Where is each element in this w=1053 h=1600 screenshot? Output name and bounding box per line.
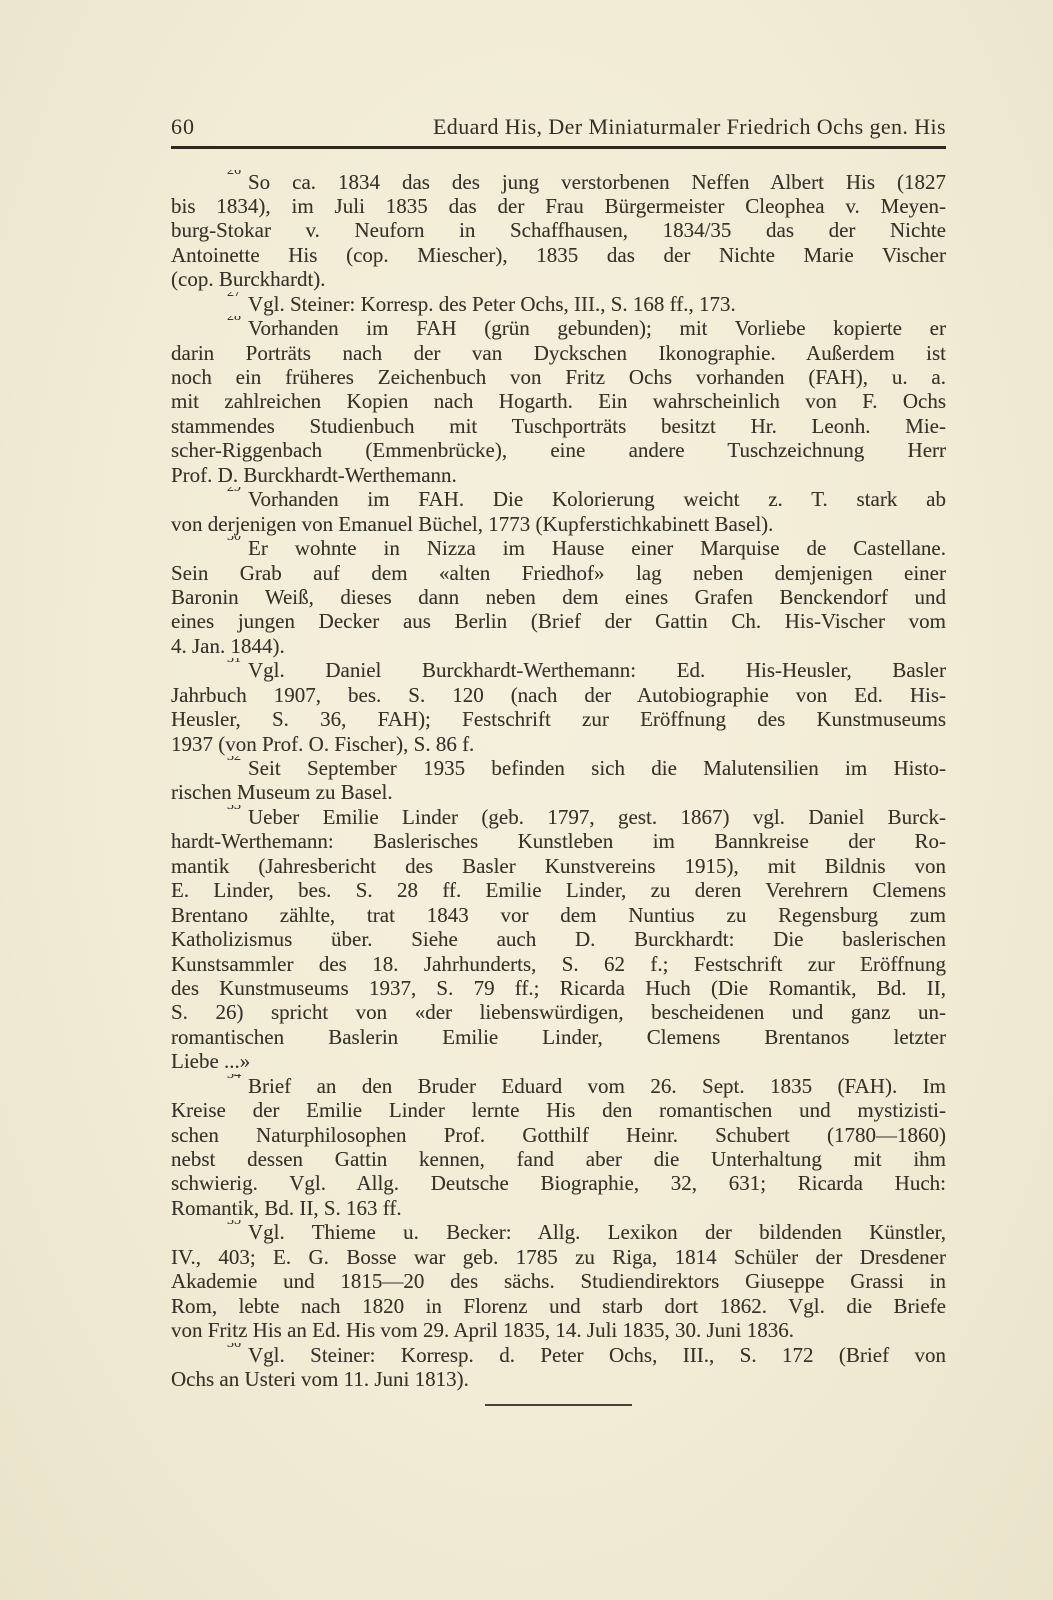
footnote-number: 32 bbox=[227, 756, 241, 764]
footnote-number: 27 bbox=[227, 292, 241, 300]
footnote-line: 27Vgl. Steiner: Korresp. des Peter Ochs,… bbox=[171, 292, 946, 316]
footnote-text: Seit September 1935 befinden sich die Ma… bbox=[248, 756, 946, 780]
footnote-line: 34Brief an den Bruder Eduard vom 26. Sep… bbox=[171, 1074, 946, 1098]
footnote-line: burg-Stokar v. Neuforn in Schaffhausen, … bbox=[171, 218, 946, 242]
footnote-text: Er wohnte in Nizza im Hause einer Marqui… bbox=[248, 536, 946, 560]
footnote-text: Vorhanden im FAH (grün gebunden); mit Vo… bbox=[248, 316, 946, 340]
footnote-line: Kreise der Emilie Linder lernte His den … bbox=[171, 1098, 946, 1122]
footnote-line: 36Vgl. Steiner: Korresp. d. Peter Ochs, … bbox=[171, 1343, 946, 1367]
footnote-line: Kunstsammler des 18. Jahrhunderts, S. 62… bbox=[171, 952, 946, 976]
footnote-line: Romantik, Bd. II, S. 163 ff. bbox=[171, 1196, 946, 1220]
footnote-text: Vgl. Steiner: Korresp. des Peter Ochs, I… bbox=[248, 292, 736, 316]
footnote-line: mantik (Jahresbericht des Basler Kunstve… bbox=[171, 854, 946, 878]
footnote-line: 33Ueber Emilie Linder (geb. 1797, gest. … bbox=[171, 805, 946, 829]
footnote: 26So ca. 1834 das des jung verstorbenen … bbox=[171, 170, 946, 292]
footnote-number: 30 bbox=[227, 536, 241, 544]
footnote-line: 30Er wohnte in Nizza im Hause einer Marq… bbox=[171, 536, 946, 560]
footnote-line: hardt-Werthemann: Baslerisches Kunstlebe… bbox=[171, 829, 946, 853]
footnote-line: Baronin Weiß, dieses dann neben dem eine… bbox=[171, 585, 946, 609]
footnote: 27Vgl. Steiner: Korresp. des Peter Ochs,… bbox=[171, 292, 946, 316]
footnote: 33Ueber Emilie Linder (geb. 1797, gest. … bbox=[171, 805, 946, 1074]
footnote-text: Ueber Emilie Linder (geb. 1797, gest. 18… bbox=[248, 805, 946, 829]
footnote-line: (cop. Burckhardt). bbox=[171, 267, 946, 291]
footnote: 31Vgl. Daniel Burckhardt-Werthemann: Ed.… bbox=[171, 658, 946, 756]
running-title: Eduard His, Der Miniaturmaler Friedrich … bbox=[433, 114, 946, 140]
footnote-line: Jahrbuch 1907, bes. S. 120 (nach der Aut… bbox=[171, 683, 946, 707]
footnote: 36Vgl. Steiner: Korresp. d. Peter Ochs, … bbox=[171, 1343, 946, 1392]
footnote-line: 31Vgl. Daniel Burckhardt-Werthemann: Ed.… bbox=[171, 658, 946, 682]
footnote-text: Vgl. Thieme u. Becker: Allg. Lexikon der… bbox=[248, 1220, 946, 1244]
footnote-line: Liebe ...» bbox=[171, 1049, 946, 1073]
footnote-text: Vgl. Steiner: Korresp. d. Peter Ochs, II… bbox=[248, 1343, 946, 1367]
footnote-line: E. Linder, bes. S. 28 ff. Emilie Linder,… bbox=[171, 878, 946, 902]
scanned-book-page: { "page": { "number": "60", "running_tit… bbox=[0, 0, 1053, 1600]
footnote: 30Er wohnte in Nizza im Hause einer Marq… bbox=[171, 536, 946, 658]
footnote: 34Brief an den Bruder Eduard vom 26. Sep… bbox=[171, 1074, 946, 1221]
page-header: 60 Eduard His, Der Miniaturmaler Friedri… bbox=[171, 0, 946, 140]
footnote-line: nebst dessen Gattin kennen, fand aber di… bbox=[171, 1147, 946, 1171]
footnote-line: noch ein früheres Zeichenbuch von Fritz … bbox=[171, 365, 946, 389]
footnote-line: 32Seit September 1935 befinden sich die … bbox=[171, 756, 946, 780]
footnote: 28Vorhanden im FAH (grün gebunden); mit … bbox=[171, 316, 946, 487]
footnote-line: stammendes Studienbuch mit Tuschporträts… bbox=[171, 414, 946, 438]
footnote-line: 1937 (von Prof. O. Fischer), S. 86 f. bbox=[171, 732, 946, 756]
footnote-number: 34 bbox=[227, 1074, 241, 1082]
footnote-line: scher-Riggenbach (Emmenbrücke), eine and… bbox=[171, 438, 946, 462]
footnote-line: Prof. D. Burckhardt-Werthemann. bbox=[171, 463, 946, 487]
footnote-number: 35 bbox=[227, 1220, 241, 1228]
footnote-text: Vgl. Daniel Burckhardt-Werthemann: Ed. H… bbox=[248, 658, 946, 682]
footnote-number: 36 bbox=[227, 1343, 241, 1351]
footnote-number: 26 bbox=[227, 170, 241, 178]
footnote-number: 29 bbox=[227, 487, 241, 495]
footnote-line: mit zahlreichen Kopien nach Hogarth. Ein… bbox=[171, 389, 946, 413]
footnote-line: des Kunstmuseums 1937, S. 79 ff.; Ricard… bbox=[171, 976, 946, 1000]
footnote: 35Vgl. Thieme u. Becker: Allg. Lexikon d… bbox=[171, 1220, 946, 1342]
footnote-number: 31 bbox=[227, 658, 241, 666]
footnote-text: Vorhanden im FAH. Die Kolorierung weicht… bbox=[248, 487, 946, 511]
footnote-line: 29Vorhanden im FAH. Die Kolorierung weic… bbox=[171, 487, 946, 511]
footnote-line: Ochs an Usteri vom 11. Juni 1813). bbox=[171, 1367, 946, 1391]
footnote-line: von Fritz His an Ed. His vom 29. April 1… bbox=[171, 1318, 946, 1342]
footnote-line: Sein Grab auf dem «alten Friedhof» lag n… bbox=[171, 561, 946, 585]
footnote-end-divider-rule bbox=[485, 1404, 632, 1406]
header-rule bbox=[171, 146, 946, 149]
footnote-line: Antoinette His (cop. Miescher), 1835 das… bbox=[171, 243, 946, 267]
footnote-line: Heusler, S. 36, FAH); Festschrift zur Er… bbox=[171, 707, 946, 731]
footnote: 32Seit September 1935 befinden sich die … bbox=[171, 756, 946, 805]
footnote-line: 28Vorhanden im FAH (grün gebunden); mit … bbox=[171, 316, 946, 340]
footnote-line: darin Porträts nach der van Dyckschen Ik… bbox=[171, 341, 946, 365]
footnote-line: Rom, lebte nach 1820 in Florenz und star… bbox=[171, 1294, 946, 1318]
footnote-line: Brentano zählte, trat 1843 vor dem Nunti… bbox=[171, 903, 946, 927]
page-number: 60 bbox=[171, 114, 195, 140]
footnote-line: schen Naturphilosophen Prof. Gotthilf He… bbox=[171, 1123, 946, 1147]
page-content: 60 Eduard His, Der Miniaturmaler Friedri… bbox=[171, 0, 946, 1406]
footnote: 29Vorhanden im FAH. Die Kolorierung weic… bbox=[171, 487, 946, 536]
footnote-number: 33 bbox=[227, 805, 241, 813]
footnote-line: Akademie und 1815—20 des sächs. Studiend… bbox=[171, 1269, 946, 1293]
footnote-line: romantischen Baslerin Emilie Linder, Cle… bbox=[171, 1025, 946, 1049]
footnote-line: Katholizismus über. Siehe auch D. Burckh… bbox=[171, 927, 946, 951]
footnote-line: IV., 403; E. G. Bosse war geb. 1785 zu R… bbox=[171, 1245, 946, 1269]
footnote-text: So ca. 1834 das des jung verstorbenen Ne… bbox=[248, 170, 946, 194]
footnote-line: 35Vgl. Thieme u. Becker: Allg. Lexikon d… bbox=[171, 1220, 946, 1244]
footnote-line: S. 26) spricht von «der liebenswürdigen,… bbox=[171, 1000, 946, 1024]
footnote-line: 4. Jan. 1844). bbox=[171, 634, 946, 658]
footnote-number: 28 bbox=[227, 316, 241, 324]
footnote-line: rischen Museum zu Basel. bbox=[171, 780, 946, 804]
footnote-text: Brief an den Bruder Eduard vom 26. Sept.… bbox=[248, 1074, 946, 1098]
footnote-line: von derjenigen von Emanuel Büchel, 1773 … bbox=[171, 512, 946, 536]
footnote-line: 26So ca. 1834 das des jung verstorbenen … bbox=[171, 170, 946, 194]
footnote-line: bis 1834), im Juli 1835 das der Frau Bür… bbox=[171, 194, 946, 218]
footnote-line: schwierig. Vgl. Allg. Deutsche Biographi… bbox=[171, 1171, 946, 1195]
footnote-line: eines jungen Decker aus Berlin (Brief de… bbox=[171, 609, 946, 633]
footnotes-block: 26So ca. 1834 das des jung verstorbenen … bbox=[171, 170, 946, 1392]
